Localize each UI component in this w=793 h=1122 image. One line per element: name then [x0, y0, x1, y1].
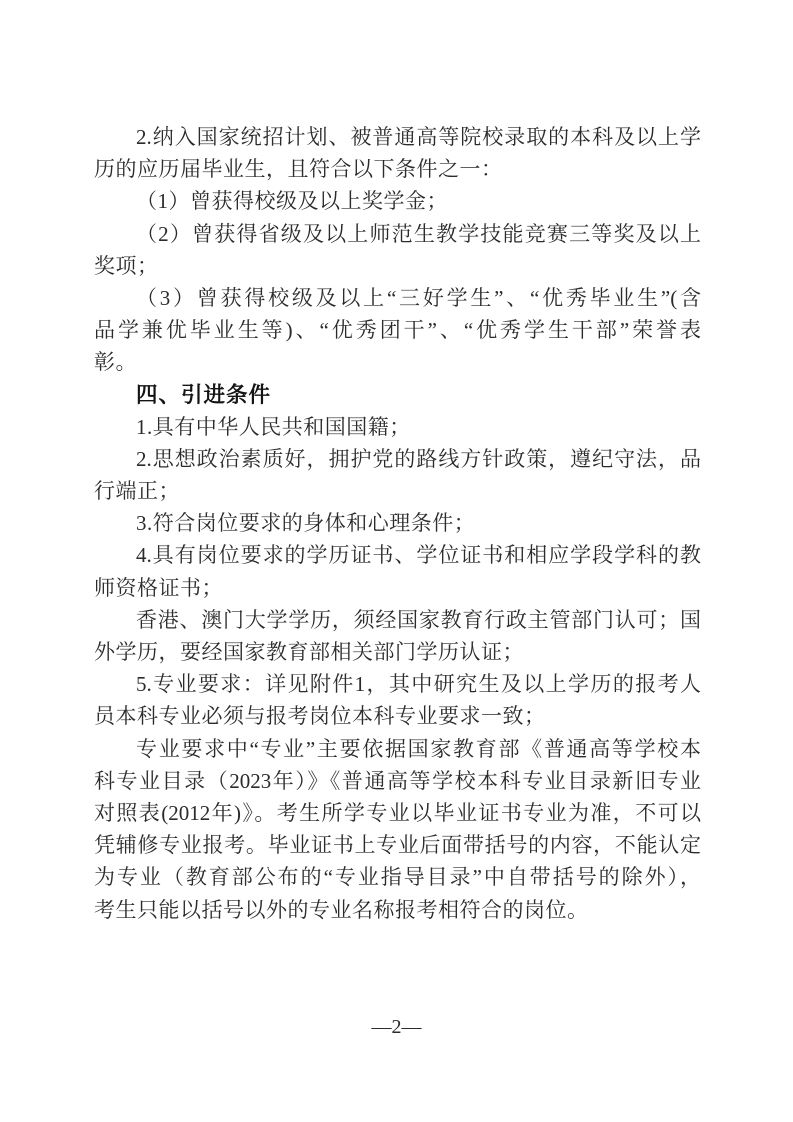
text-line: 5.专业要求：详见附件1，其中研究生及以上学历的报考人 — [94, 668, 701, 700]
text-line: 行端正； — [94, 475, 701, 507]
text-line: 为专业（教育部公布的“专业指导目录”中自带括号的除外）， — [94, 861, 701, 893]
text-line: 凭辅修专业报考。毕业证书上专业后面带括号的内容，不能认定 — [94, 829, 701, 861]
text-line: 外学历，要经国家教育部相关部门学历认证； — [94, 636, 701, 668]
text-line: 专业要求中“专业”主要依据国家教育部《普通高等学校本 — [94, 733, 701, 765]
text-line: 历的应历届毕业生，且符合以下条件之一： — [94, 153, 701, 185]
text-line: 香港、澳门大学学历，须经国家教育行政主管部门认可；国 — [94, 604, 701, 636]
document-text-block: 2.纳入国家统招计划、被普通高等院校录取的本科及以上学 历的应历届毕业生，且符合… — [94, 121, 701, 926]
page-number: —2— — [0, 1016, 793, 1039]
text-line: （1）曾获得校级及以上奖学金； — [94, 185, 701, 217]
text-line: 2.纳入国家统招计划、被普通高等院校录取的本科及以上学 — [94, 121, 701, 153]
text-line: 奖项； — [94, 250, 701, 282]
text-line: 考生只能以括号以外的专业名称报考相符合的岗位。 — [94, 894, 701, 926]
text-line: 对照表(2012年)》。考生所学专业以毕业证书专业为准，不可以 — [94, 797, 701, 829]
text-line: 4.具有岗位要求的学历证书、学位证书和相应学段学科的教 — [94, 539, 701, 571]
text-line: （2）曾获得省级及以上师范生教学技能竞赛三等奖及以上 — [94, 218, 701, 250]
text-line: 师资格证书； — [94, 572, 701, 604]
document-page: 2.纳入国家统招计划、被普通高等院校录取的本科及以上学 历的应历届毕业生，且符合… — [0, 0, 793, 1122]
text-line: （3）曾获得校级及以上“三好学生”、“优秀毕业生”(含 — [94, 282, 701, 314]
text-line: 2.思想政治素质好，拥护党的路线方针政策，遵纪守法，品 — [94, 443, 701, 475]
text-line: 科专业目录（2023年）》《普通高等学校本科专业目录新旧专业 — [94, 765, 701, 797]
text-line: 1.具有中华人民共和国国籍； — [94, 411, 701, 443]
text-line: 3.符合岗位要求的身体和心理条件； — [94, 507, 701, 539]
section-heading: 四、引进条件 — [94, 379, 701, 411]
text-line: 员本科专业必须与报考岗位本科专业要求一致； — [94, 700, 701, 732]
text-line: 品学兼优毕业生等)、“优秀团干”、“优秀学生干部”荣誉表 — [94, 314, 701, 346]
text-line: 彰。 — [94, 346, 701, 378]
